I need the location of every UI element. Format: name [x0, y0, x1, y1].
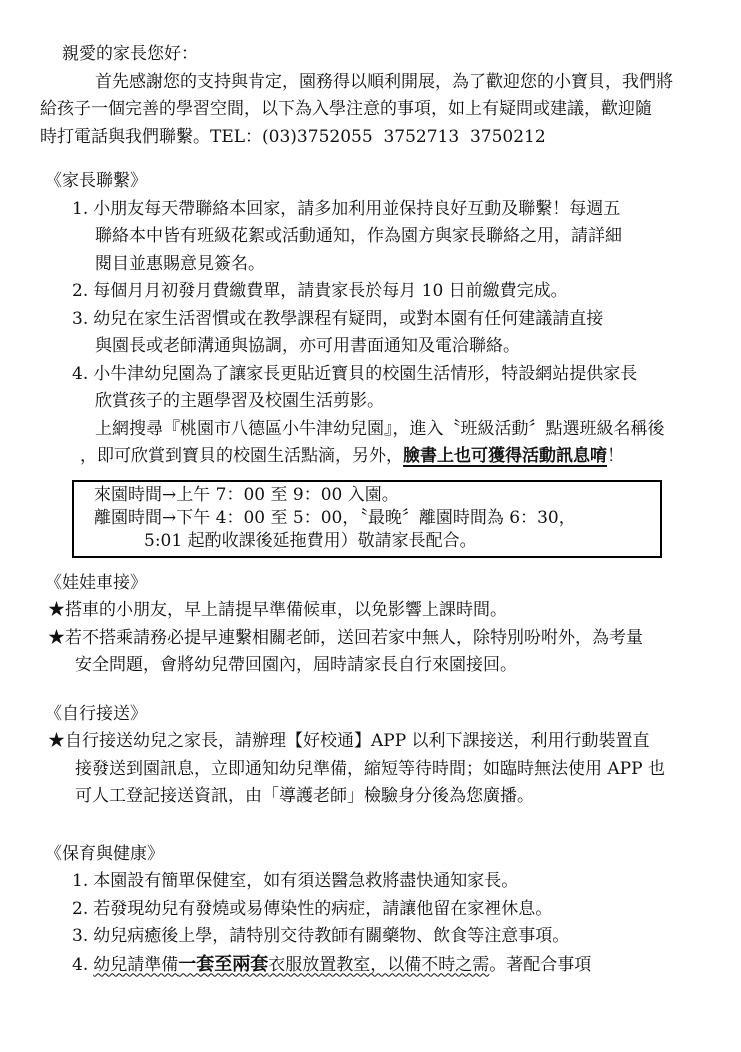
list-item: 1.小朋友每天帶聯絡本回家，請多加利用並保持良好互動及聯繫！每週五	[72, 196, 713, 224]
star-bullet: ★	[48, 600, 65, 620]
star-item-continuation: 安全問題，會將幼兒帶回園內，屆時請家長自行來園接回。	[75, 652, 713, 680]
list-item-number: 3.	[72, 309, 88, 329]
list-item-text: 小朋友每天帶聯絡本回家，請多加利用並保持良好互動及聯繫！每週五	[93, 199, 620, 219]
intro-line-2: 給孩子一個完善的學習空間，以下為入學注意的事項，如上有疑問或建議，歡迎隨	[40, 96, 713, 124]
section-title-parent-contact: 《家長聯繫》	[45, 168, 713, 196]
list-item-text: 小牛津幼兒園為了讓家長更貼近寶貝的校園生活情形，特設網站提供家長	[93, 364, 637, 384]
star-item: ★自行接送幼兒之家長，請辦理【好校通】APP 以利下課接送，利用行動裝置直	[48, 728, 713, 756]
list-item-number: 2.	[72, 281, 88, 301]
list-item: 2.若發現幼兒有發燒或易傳染性的病症，請讓他留在家裡休息。	[72, 896, 713, 924]
list-item-text: 每個月月初發月費繳費單，請貴家長於每月 10 日前繳費完成。	[93, 281, 567, 301]
list-item-continuation: 與園長或老師溝通與協調，亦可用書面通知及電洽聯絡。	[95, 333, 713, 361]
list-item: 3.幼兒在家生活習慣或在教學課程有疑問，或對本園有任何建議請直接	[72, 306, 713, 334]
greeting-line: 親愛的家長您好：	[62, 41, 713, 69]
notice-document: 親愛的家長您好： 首先感謝您的支持與肯定，園務得以順利開展，為了歡迎您的小寶貝，…	[0, 0, 741, 1052]
star-item: ★搭車的小朋友，早上請提早準備候車，以免影響上課時間。	[48, 597, 713, 625]
list-item: 1.本園設有簡單保健室，如有須送醫急救將盡快通知家長。	[72, 868, 713, 896]
list-item-text: 幼兒病癒後上學，請特別交待教師有關藥物、飲食等注意事項。	[93, 926, 569, 946]
facebook-note-suffix: ！	[607, 446, 624, 466]
list-item: 2.每個月月初發月費繳費單，請貴家長於每月 10 日前繳費完成。	[72, 278, 713, 306]
section-title-self-pickup: 《自行接送》	[45, 701, 713, 729]
list-item-number: 4.	[72, 364, 88, 384]
list-item-continuation: ，即可欣賞到寶貝的校園生活點滴，另外，臉書上也可獲得活動訊息唷！	[80, 443, 713, 471]
list-item-continuation: 欣賞孩子的主題學習及校園生活剪影。	[95, 388, 713, 416]
list-item-number: 1.	[72, 871, 88, 891]
list-item-continuation: 閱目並惠賜意見簽名。	[95, 251, 713, 279]
departure-time-line: 離園時間→下午 4：00 至 5：00，〝最晚〞離園時間為 6：30，	[94, 507, 654, 530]
star-item-text: 自行接送幼兒之家長，請辦理【好校通】APP 以利下課接送，利用行動裝置直	[65, 731, 650, 751]
spare-clothes-text: 衣服放置教室，以備不時之需	[268, 955, 489, 975]
list-item-number: 1.	[72, 199, 88, 219]
star-item-continuation: 接發送到園訊息，立即通知幼兒準備，縮短等待時間；如臨時無法使用 APP 也	[75, 756, 713, 784]
list-item-text: 本園設有簡單保健室，如有須送醫急救將盡快通知家長。	[93, 871, 518, 891]
star-item-continuation: 可人工登記接送資訊，由「導護老師」檢驗身分後為您廣播。	[75, 783, 713, 811]
list-item-number: 2.	[72, 899, 88, 919]
star-bullet: ★	[48, 628, 65, 648]
star-bullet: ★	[48, 731, 65, 751]
late-fee-line: 5:01 起酌收課後延拖費用）敬請家長配合。	[144, 530, 654, 553]
facebook-note-prefix: ，即可欣賞到寶貝的校園生活點滴，另外，	[80, 446, 403, 466]
list-item: 3.幼兒病癒後上學，請特別交待教師有關藥物、飲食等注意事項。	[72, 923, 713, 951]
list-item-number: 4.	[72, 955, 88, 975]
list-item: 4.小牛津幼兒園為了讓家長更貼近寶貝的校園生活情形，特設網站提供家長	[72, 361, 713, 389]
list-item-continuation: 上網搜尋『桃園市八德區小牛津幼兒園』，進入〝班級活動〞點選班級名稱後	[95, 416, 713, 444]
star-item-text: 若不搭乘請務必提早連繫相關老師，送回若家中無人，除特別吩咐外，為考量	[65, 628, 643, 648]
facebook-note-emphasis: 臉書上也可獲得活動訊息唷	[403, 446, 607, 466]
list-item-text: 若發現幼兒有發燒或易傳染性的病症，請讓他留在家裡休息。	[93, 899, 552, 919]
spare-clothes-tail: 。著配合事項	[489, 955, 591, 975]
arrival-departure-time-box: 來園時間→上午 7：00 至 9：00 入園。 離園時間→下午 4：00 至 5…	[72, 480, 662, 558]
spare-clothes-text: 幼兒請準備	[93, 955, 178, 975]
section-title-school-bus: 《娃娃車接》	[45, 570, 713, 598]
star-item-text: 搭車的小朋友，早上請提早準備候車，以免影響上課時間。	[65, 600, 507, 620]
intro-line-3-tel: 時打電話與我們聯繫。TEL：(03)3752055 3752713 375021…	[40, 124, 713, 152]
intro-line-1: 首先感謝您的支持與肯定，園務得以順利開展，為了歡迎您的小寶貝，我們將	[95, 69, 713, 97]
list-item-continuation: 聯絡本中皆有班級花絮或活動通知，作為園方與家長聯絡之用，請詳細	[95, 223, 713, 251]
star-item: ★若不搭乘請務必提早連繫相關老師，送回若家中無人，除特別吩咐外，為考量	[48, 625, 713, 653]
section-title-health-care: 《保育與健康》	[45, 841, 713, 869]
list-item-text: 幼兒在家生活習慣或在教學課程有疑問，或對本園有任何建議請直接	[93, 309, 603, 329]
list-item: 4.幼兒請準備一套至兩套衣服放置教室，以備不時之需。著配合事項	[72, 951, 713, 980]
list-item-number: 3.	[72, 926, 88, 946]
spare-clothes-quantity-emphasis: 一套至兩套	[178, 954, 268, 975]
arrival-time-line: 來園時間→上午 7：00 至 9：00 入園。	[94, 484, 654, 507]
